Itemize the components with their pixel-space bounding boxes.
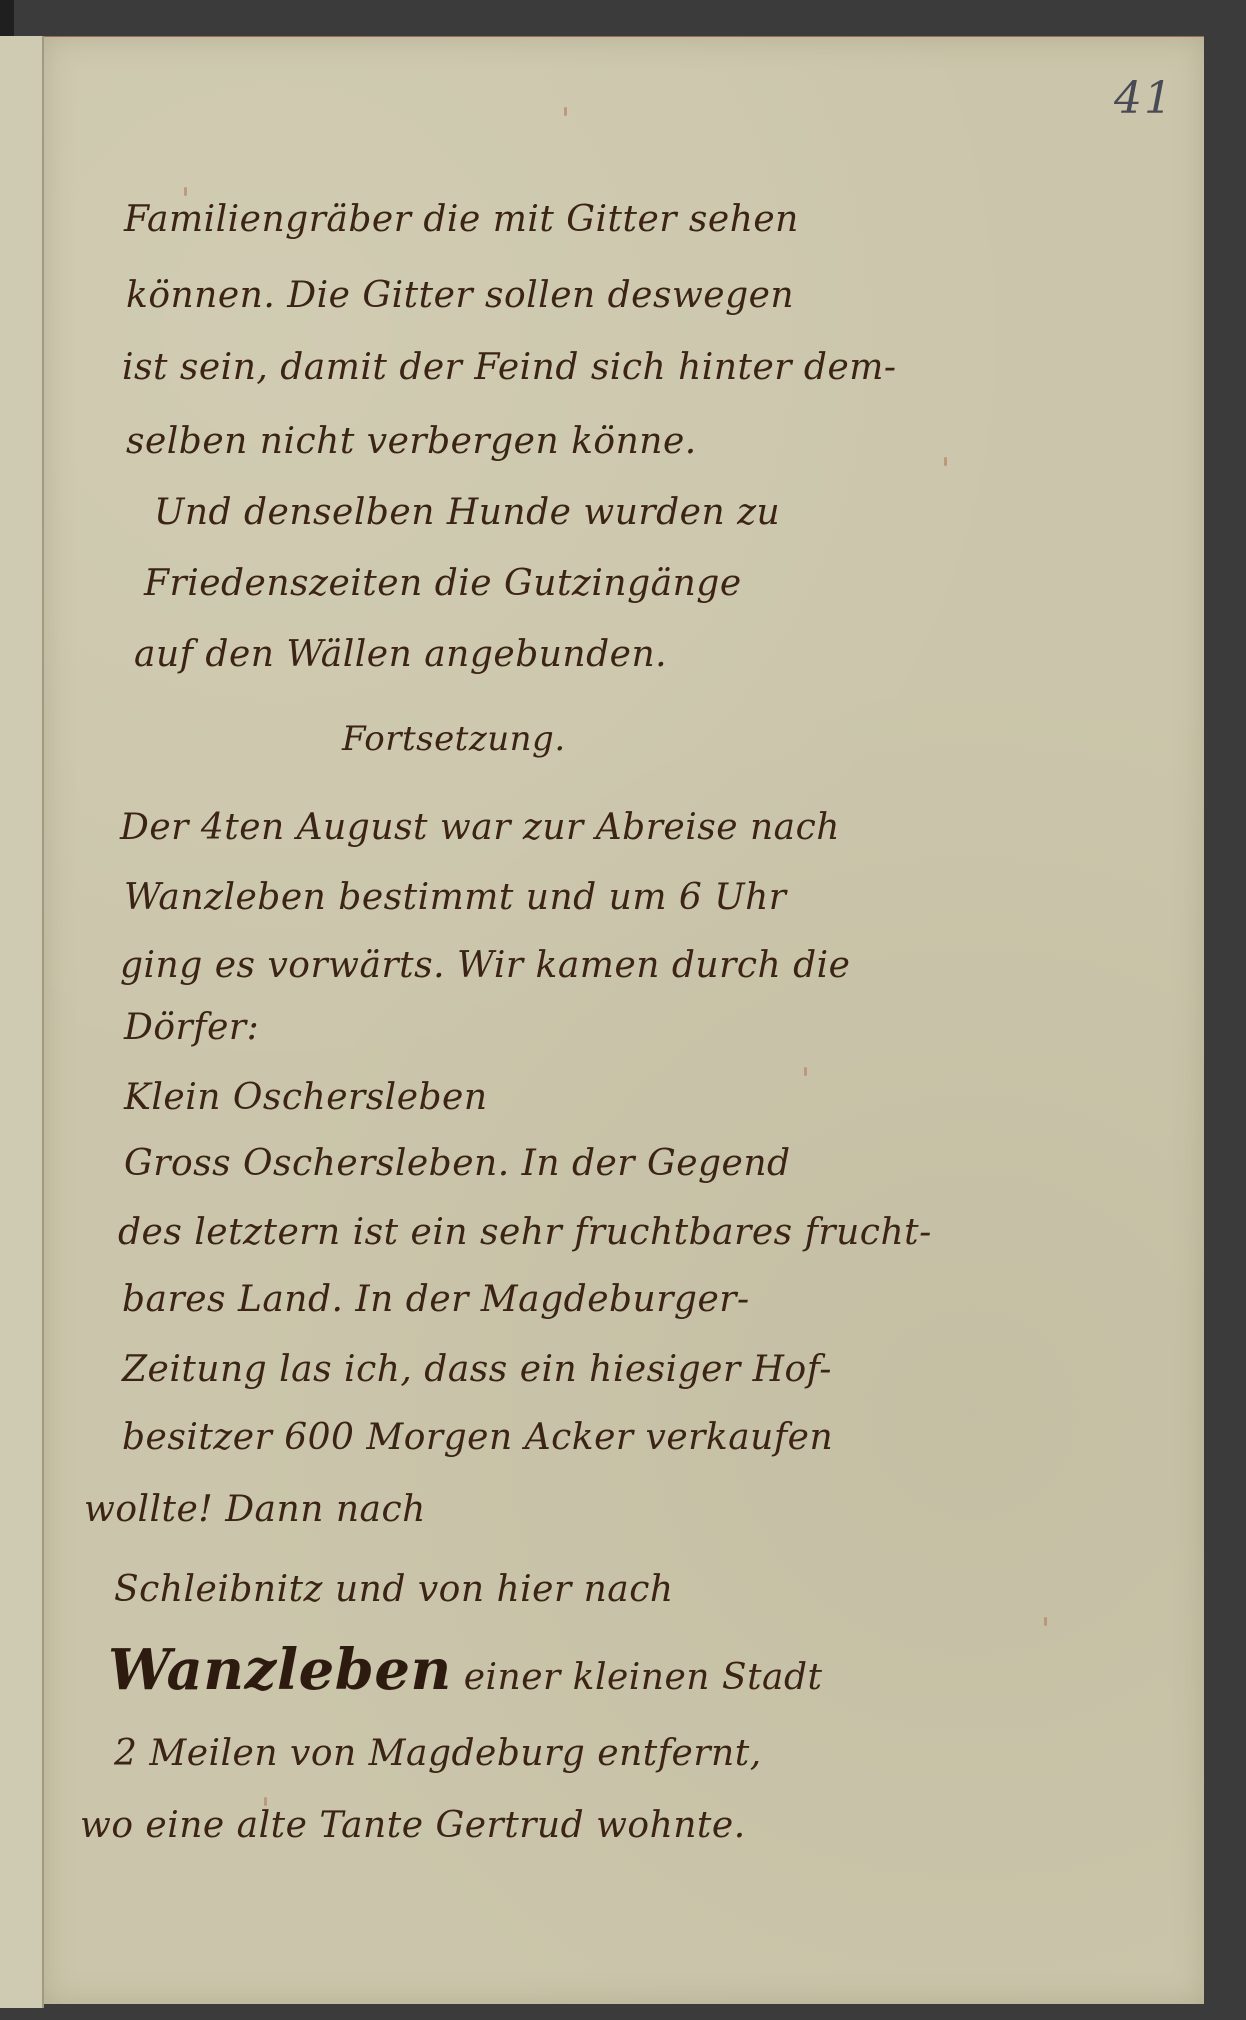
paper-fleck	[1044, 1617, 1047, 1626]
previous-page-edge	[0, 36, 44, 2008]
manuscript-line: Familiengräber die mit Gitter sehen	[124, 199, 799, 240]
manuscript-line: wo eine alte Tante Gertrud wohnte.	[80, 1805, 746, 1846]
place-name-emphasis: Wanzleben	[108, 1637, 452, 1703]
binding-shadow	[0, 0, 14, 36]
manuscript-page: 41 Familiengräber die mit Gitter sehen k…	[44, 36, 1204, 2004]
manuscript-line: Wanzleben bestimmt und um 6 Uhr	[124, 877, 786, 918]
manuscript-line: Klein Oschersleben	[124, 1077, 488, 1118]
manuscript-line-rest: einer kleinen Stadt	[464, 1657, 823, 1698]
paper-fleck	[184, 187, 187, 196]
manuscript-line: Friedenszeiten die Gutzingänge	[144, 563, 742, 604]
manuscript-line: Schleibnitz und von hier nach	[114, 1569, 674, 1610]
manuscript-line: ist sein, damit der Feind sich hinter de…	[122, 347, 897, 388]
manuscript-line: ging es vorwärts. Wir kamen durch die	[120, 945, 850, 986]
manuscript-line: können. Die Gitter sollen deswegen	[126, 275, 794, 316]
manuscript-line: selben nicht verbergen könne.	[126, 421, 697, 462]
page-number: 41	[1114, 73, 1174, 124]
manuscript-line: Gross Oschersleben. In der Gegend	[124, 1143, 791, 1184]
manuscript-line-emphasis: Wanzleben einer kleinen Stadt	[108, 1637, 823, 1703]
manuscript-line: Und denselben Hunde wurden zu	[154, 492, 780, 533]
manuscript-line: bares Land. In der Magdeburger-	[122, 1279, 750, 1320]
manuscript-line: 2 Meilen von Magdeburg entfernt,	[114, 1733, 762, 1774]
section-heading: Fortsetzung.	[342, 719, 566, 759]
manuscript-line: besitzer 600 Morgen Acker verkaufen	[122, 1417, 833, 1458]
manuscript-line: Der 4ten August war zur Abreise nach	[120, 807, 840, 848]
manuscript-line: wollte! Dann nach	[84, 1489, 426, 1530]
paper-fleck	[944, 457, 947, 466]
manuscript-line: Dörfer:	[124, 1007, 259, 1048]
manuscript-line: auf den Wällen angebunden.	[134, 634, 667, 675]
paper-fleck	[804, 1067, 807, 1076]
manuscript-line: des letztern ist ein sehr fruchtbares fr…	[118, 1212, 932, 1253]
manuscript-line: Zeitung las ich, dass ein hiesiger Hof-	[122, 1349, 832, 1390]
paper-fleck	[564, 107, 567, 116]
